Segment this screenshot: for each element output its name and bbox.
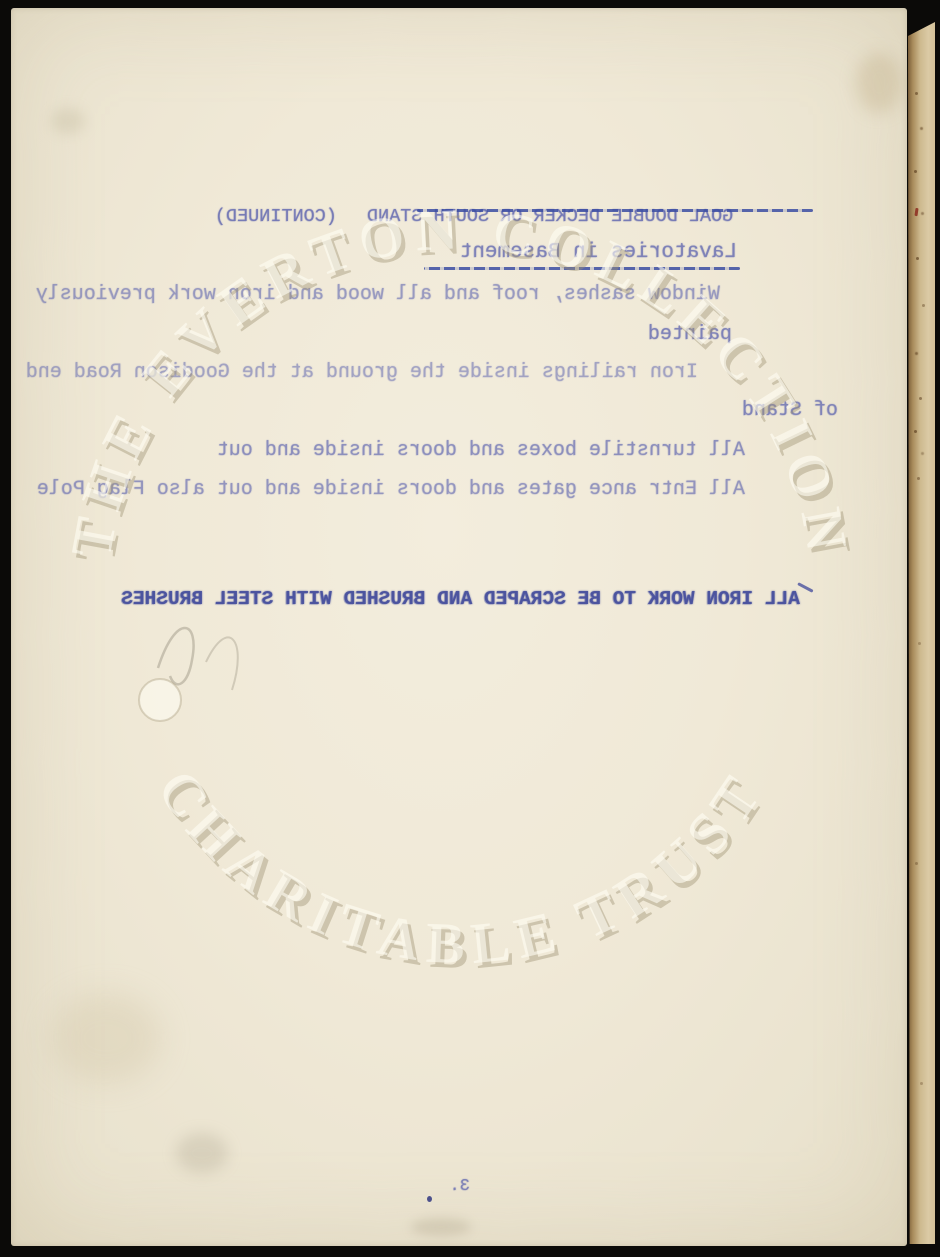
body-line: painted: [648, 324, 732, 346]
subheading-underline: [424, 267, 740, 270]
page-number: 3.: [450, 1176, 470, 1198]
mirrored-typed-text-layer: GOAL DOUBLE DECKER OR SOUTH STAND(CONTIN…: [0, 0, 940, 1257]
body-line: All turnstile boxes and doors inside and…: [217, 440, 745, 462]
section-subheading: Lavatories in Basement: [460, 242, 737, 264]
body-line: Window sashes, roof and all wood and iro…: [36, 284, 720, 306]
body-line: of Stand: [742, 400, 838, 422]
adjacent-page-edge: [908, 22, 935, 1244]
emphasis-line: ALL IRON WORK TO BE SCRAPED AND BRUSHED …: [121, 588, 800, 610]
ink-spot: [427, 1196, 432, 1202]
body-line: All Entr ance gates and doors inside and…: [37, 479, 745, 501]
heading-underline: [417, 209, 813, 212]
scanned-document: GOAL DOUBLE DECKER OR SOUTH STAND(CONTIN…: [0, 0, 940, 1257]
body-line: Iron railings inside the ground at the G…: [26, 362, 698, 384]
red-edge-mark: [914, 208, 918, 216]
heading-continued: (CONTINUED): [215, 206, 337, 227]
